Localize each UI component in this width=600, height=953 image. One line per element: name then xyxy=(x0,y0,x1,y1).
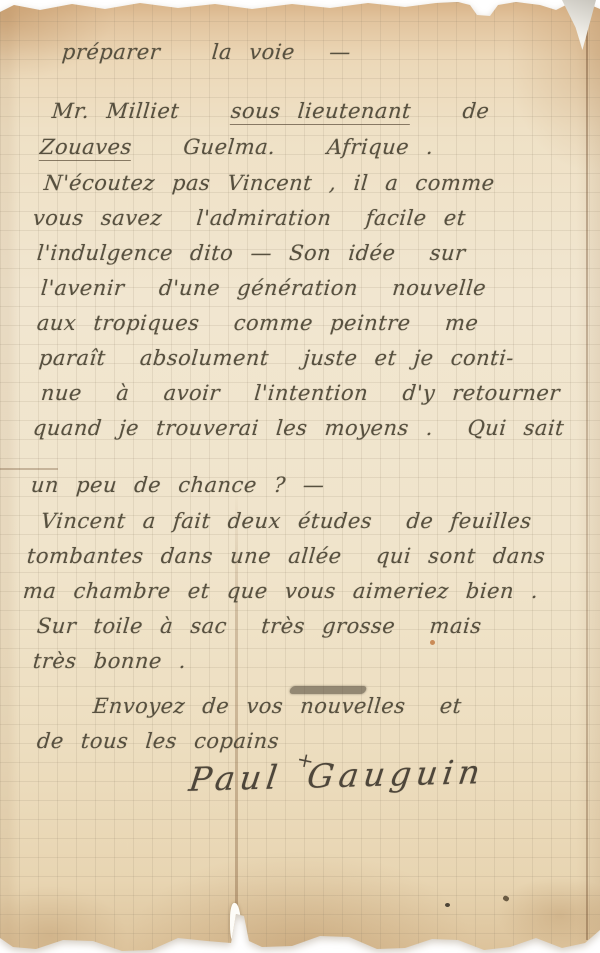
letter-line: Zouaves Guelma. Afrique . xyxy=(39,135,435,159)
letter-line: un peu de chance ? — xyxy=(30,473,326,497)
letter-paper: préparer la voie —Mr. Milliet sous lieut… xyxy=(0,0,600,953)
underlined-text: Zouaves xyxy=(39,135,133,161)
letter-line: très bonne . xyxy=(32,649,187,673)
letter-line: nue à avoir l'intention d'y retourner xyxy=(40,381,561,405)
letter-line: aux tropiques comme peintre me xyxy=(36,311,480,335)
letter-line: paraît absolument juste et je conti- xyxy=(38,346,515,370)
letter-line: préparer la voie — xyxy=(61,40,352,64)
letter-line: Vincent a fait deux études de feuilles xyxy=(40,509,533,533)
letter-paper-wrap: préparer la voie —Mr. Milliet sous lieut… xyxy=(0,0,600,953)
letter-line: quand je trouverai les moyens . Qui sait xyxy=(32,416,565,440)
letter-line: tombantes dans une allée qui sont dans xyxy=(26,544,546,568)
letter-line: N'écoutez pas Vincent , il a comme xyxy=(43,171,496,195)
letter-line: Mr. Milliet sous lieutenant de xyxy=(51,99,491,123)
underlined-text: sous lieutenant xyxy=(230,99,412,125)
letter-line: l'indulgence dito — Son idée sur xyxy=(36,241,467,265)
letter-line: ma chambre et que vous aimeriez bien . xyxy=(22,579,540,603)
signature: Paul Gauguin xyxy=(187,752,487,799)
letter-text-layer: préparer la voie —Mr. Milliet sous lieut… xyxy=(0,0,600,953)
letter-line: l'avenir d'une génération nouvelle xyxy=(40,276,487,300)
letter-line: Sur toile à sac très grosse mais xyxy=(36,614,483,638)
letter-line: vous savez l'admiration facile et xyxy=(32,206,467,230)
photo-background: préparer la voie —Mr. Milliet sous lieut… xyxy=(0,0,600,953)
letter-line: de tous les copains xyxy=(36,729,280,753)
letter-line: Envoyez de vos nouvelles et xyxy=(92,694,463,718)
